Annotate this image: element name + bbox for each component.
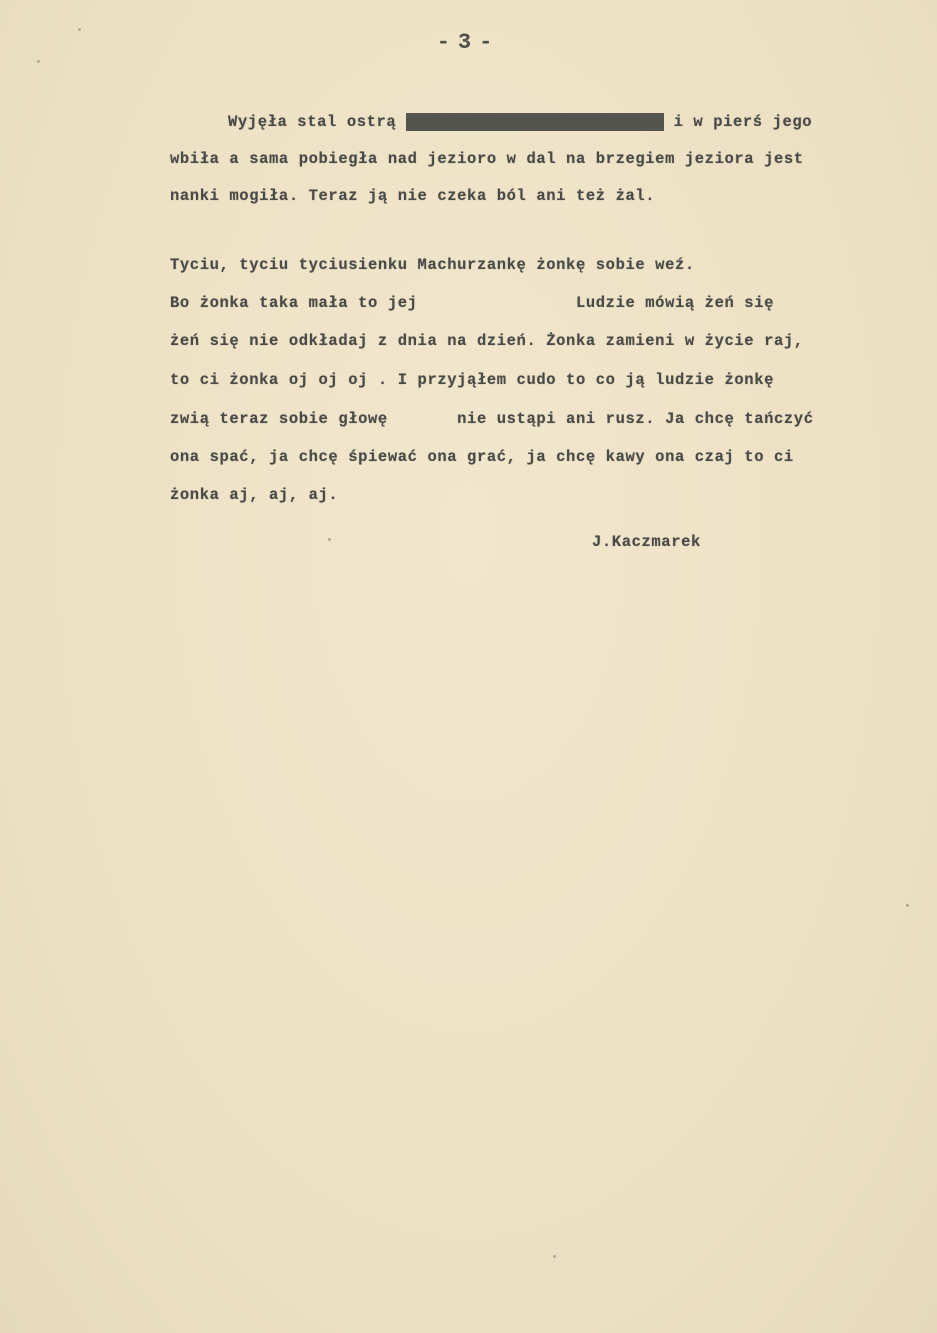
text-line: żeń się nie odkładaj z dnia na dzień. Żo… [170,332,804,350]
text-line: zwią teraz sobie głowę nie ustąpi ani ru… [170,410,814,428]
text-line: żonka aj, aj, aj. [170,486,338,504]
text-line: Wyjęła stal ostrą xxxxxxxxxxxxxxxxxxxxxx… [228,113,812,131]
paper-speck [78,28,81,31]
text-line: ona spać, ja chcę śpiewać ona grać, ja c… [170,448,794,466]
text-line: Tyciu, tyciu tyciusienku Machurzankę żon… [170,256,695,274]
struck-out-text: xxxxxxxxxxxxxxxxxxxxxxxxxx [406,113,663,131]
paper-speck [37,60,40,63]
paper-speck [906,904,909,907]
paper-speck [328,538,331,541]
signature: J.Kaczmarek [592,533,701,551]
paper-speck [553,1255,556,1258]
text-line: to ci żonka oj oj oj . I przyjąłem cudo … [170,371,774,389]
text-segment: Wyjęła stal ostrą [228,113,406,131]
page-number: -3- [0,30,937,55]
document-page: -3- Wyjęła stal ostrą xxxxxxxxxxxxxxxxxx… [0,0,937,1333]
text-line: Bo żonka taka mała to jej Ludzie mówią ż… [170,294,774,312]
text-line: wbiła a sama pobiegła nad jezioro w dal … [170,150,804,168]
text-line: nanki mogiła. Teraz ją nie czeka ból ani… [170,187,655,205]
text-segment: i w pierś jego [664,113,813,131]
